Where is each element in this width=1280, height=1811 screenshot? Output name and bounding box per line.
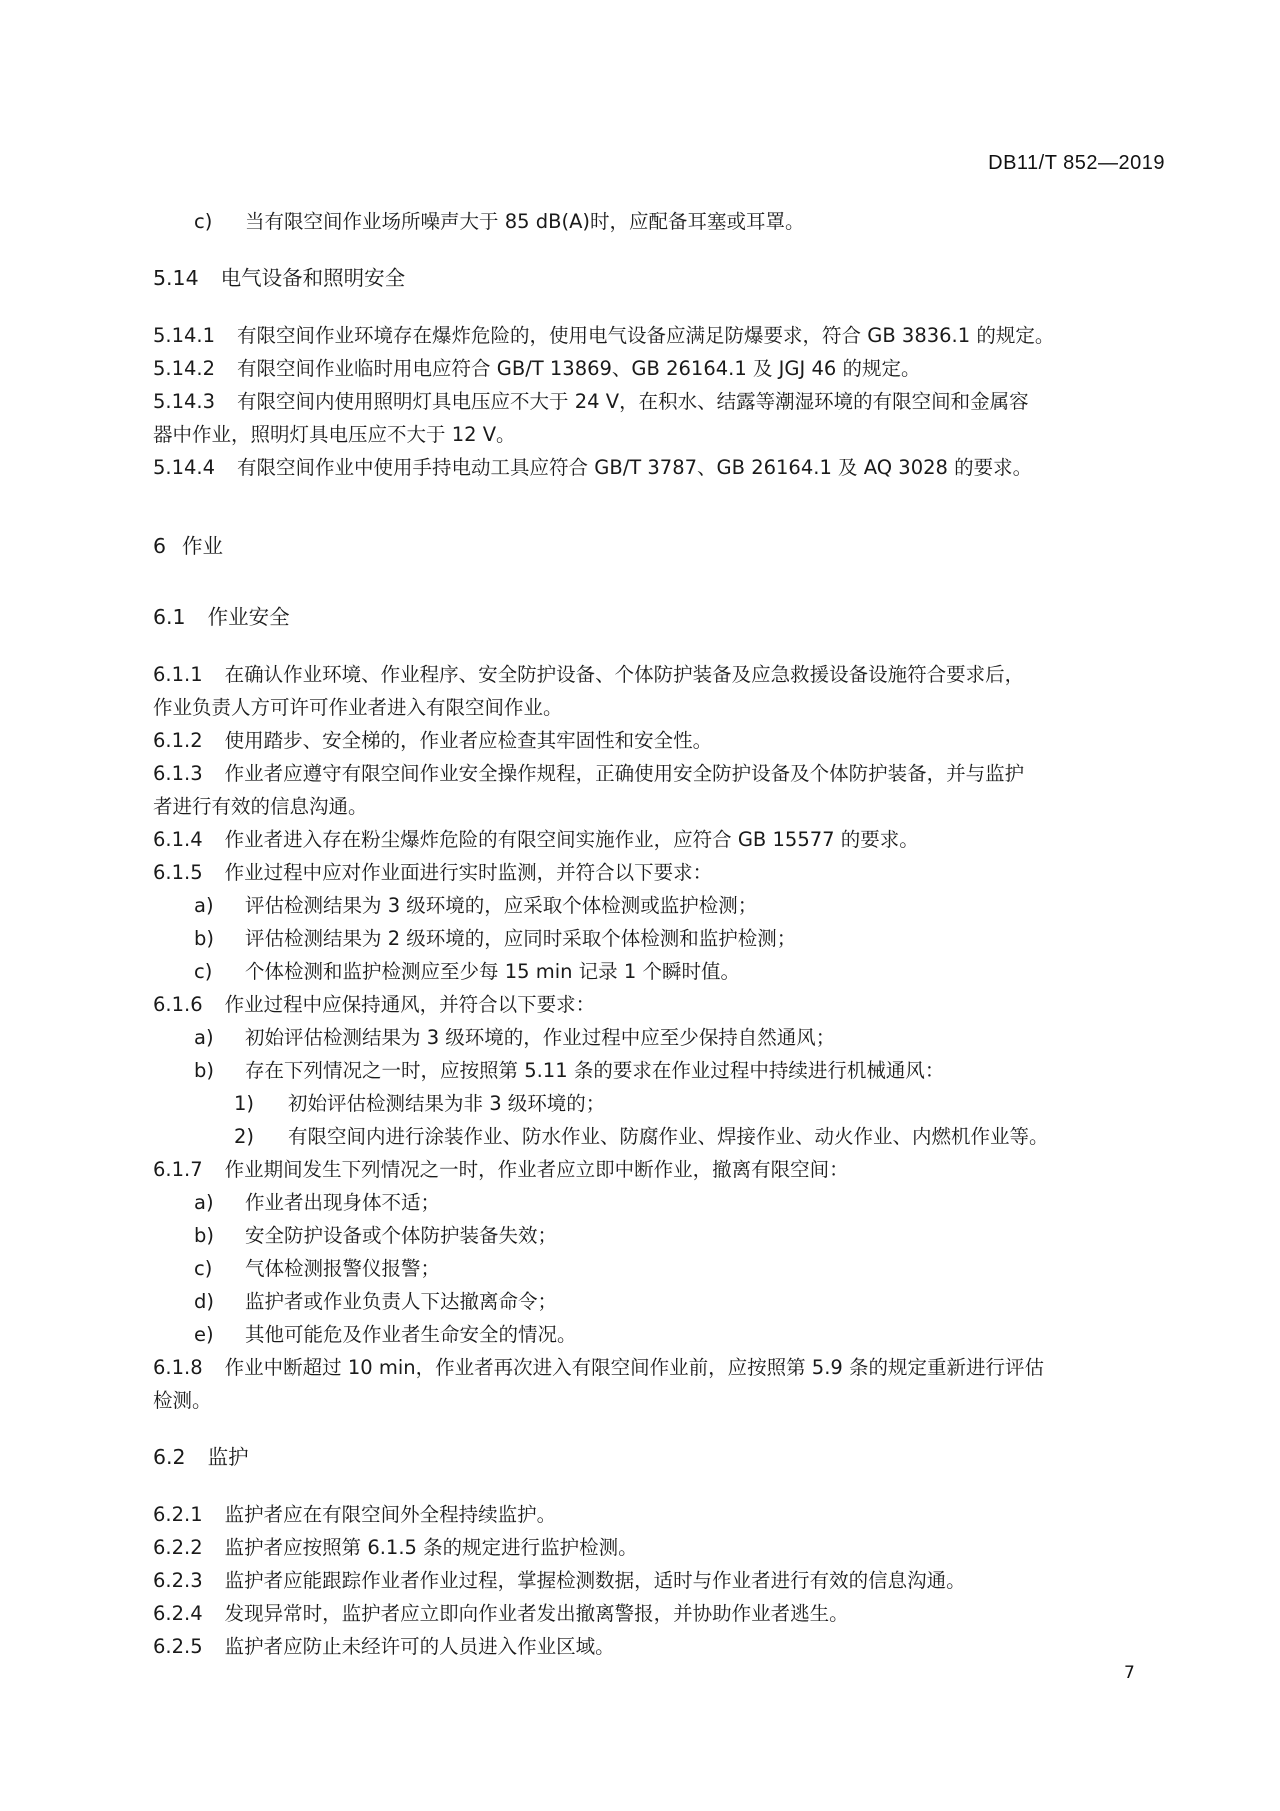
list-item: a)作业者出现身体不适；: [153, 1186, 1165, 1219]
clause-number: 6.1.1: [153, 658, 203, 691]
list-text: 气体检测报警仪报警；: [245, 1257, 440, 1280]
clause-6-2-2: 6.2.2监护者应按照第 6.1.5 条的规定进行监护检测。: [153, 1531, 1165, 1564]
list-item: b)存在下列情况之一时，应按照第 5.11 条的要求在作业过程中持续进行机械通风…: [153, 1054, 1165, 1087]
clause-5-14-1: 5.14.1有限空间作业环境存在爆炸危险的，使用电气设备应满足防爆要求，符合 G…: [153, 319, 1165, 352]
clause-number: 6.2.5: [153, 1630, 203, 1663]
clause-text: 有限空间作业环境存在爆炸危险的，使用电气设备应满足防爆要求，符合 GB 3836…: [237, 324, 1054, 347]
clause-number: 6.1.4: [153, 823, 203, 856]
list-label: a): [194, 889, 245, 922]
clause-5-14-4: 5.14.4有限空间作业中使用手持电动工具应符合 GB/T 3787、GB 26…: [153, 451, 1165, 484]
list-item: c)个体检测和监护检测应至少每 15 min 记录 1 个瞬时值。: [153, 955, 1165, 988]
page-number: 7: [1124, 1663, 1135, 1683]
clause-text: 监护者应防止未经许可的人员进入作业区域。: [225, 1635, 615, 1658]
sub-list-item: 1)初始评估检测结果为非 3 级环境的；: [153, 1087, 1165, 1120]
clause-text: 在确认作业环境、作业程序、安全防护设备、个体防护装备及应急救援设备设施符合要求后…: [225, 663, 1025, 686]
list-text: 安全防护设备或个体防护装备失效；: [245, 1224, 557, 1247]
clause-6-2-5: 6.2.5监护者应防止未经许可的人员进入作业区域。: [153, 1630, 1165, 1663]
clause-number: 6.2.1: [153, 1498, 203, 1531]
list-label: a): [194, 1021, 245, 1054]
section-title: 作业安全: [208, 605, 290, 629]
list-item: b)评估检测结果为 2 级环境的，应同时采取个体检测和监护检测；: [153, 922, 1165, 955]
list-text: 评估检测结果为 2 级环境的，应同时采取个体检测和监护检测；: [245, 927, 796, 950]
clause-6-1-5: 6.1.5作业过程中应对作业面进行实时监测，并符合以下要求：: [153, 856, 1165, 889]
clause-number: 6.1.6: [153, 988, 203, 1021]
clause-text: 作业过程中应对作业面进行实时监测，并符合以下要求：: [225, 861, 713, 884]
section-title: 监护: [208, 1445, 249, 1469]
list-label: d): [194, 1285, 245, 1318]
document-body: c)当有限空间作业场所噪声大于 85 dB(A)时，应配备耳塞或耳罩。 5.14…: [153, 205, 1165, 1663]
clause-6-1-8: 6.1.8作业中断超过 10 min，作业者再次进入有限空间作业前，应按照第 5…: [153, 1351, 1165, 1384]
list-label: 1): [234, 1087, 288, 1120]
clause-6-1-3: 6.1.3作业者应遵守有限空间作业安全操作规程，正确使用安全防护设备及个体防护装…: [153, 757, 1165, 790]
list-label: c): [194, 1252, 245, 1285]
list-item: b)安全防护设备或个体防护装备失效；: [153, 1219, 1165, 1252]
clause-text: 使用踏步、安全梯的，作业者应检查其牢固性和安全性。: [225, 729, 713, 752]
list-label: 2): [234, 1120, 288, 1153]
clause-text: 监护者应按照第 6.1.5 条的规定进行监护检测。: [225, 1536, 638, 1559]
clause-number: 6.1.8: [153, 1351, 203, 1384]
section-heading-6-1: 6.1作业安全: [153, 601, 1165, 634]
list-text: 存在下列情况之一时，应按照第 5.11 条的要求在作业过程中持续进行机械通风：: [245, 1059, 944, 1082]
list-text: 当有限空间作业场所噪声大于 85 dB(A)时，应配备耳塞或耳罩。: [245, 210, 805, 233]
clause-text: 监护者应在有限空间外全程持续监护。: [225, 1503, 557, 1526]
section-heading-6-2: 6.2监护: [153, 1441, 1165, 1474]
clause-text: 发现异常时，监护者应立即向作业者发出撤离警报，并协助作业者逃生。: [225, 1602, 849, 1625]
list-label: b): [194, 922, 245, 955]
clause-5-14-3: 5.14.3有限空间内使用照明灯具电压应不大于 24 V，在积水、结露等潮湿环境…: [153, 385, 1165, 418]
clause-6-1-2: 6.1.2使用踏步、安全梯的，作业者应检查其牢固性和安全性。: [153, 724, 1165, 757]
sub-list-item: 2)有限空间内进行涂装作业、防水作业、防腐作业、焊接作业、动火作业、内燃机作业等…: [153, 1120, 1165, 1153]
clause-text: 作业过程中应保持通风，并符合以下要求：: [225, 993, 596, 1016]
document-page: DB11/T 852—2019 c)当有限空间作业场所噪声大于 85 dB(A)…: [0, 0, 1280, 1811]
list-item: c)当有限空间作业场所噪声大于 85 dB(A)时，应配备耳塞或耳罩。: [153, 205, 1165, 238]
list-text: 监护者或作业负责人下达撤离命令；: [245, 1290, 557, 1313]
chapter-number: 6: [153, 530, 166, 563]
clause-number: 6.2.2: [153, 1531, 203, 1564]
list-text: 初始评估检测结果为非 3 级环境的；: [288, 1092, 605, 1115]
clause-number: 6.1.5: [153, 856, 203, 889]
list-text: 初始评估检测结果为 3 级环境的，作业过程中应至少保持自然通风；: [245, 1026, 835, 1049]
clause-6-2-1: 6.2.1监护者应在有限空间外全程持续监护。: [153, 1498, 1165, 1531]
clause-number: 6.1.3: [153, 757, 203, 790]
section-heading-5-14: 5.14电气设备和照明安全: [153, 262, 1165, 295]
clause-text: 有限空间作业临时用电应符合 GB/T 13869、GB 26164.1 及 JG…: [237, 357, 920, 380]
list-label: a): [194, 1186, 245, 1219]
list-text: 作业者出现身体不适；: [245, 1191, 440, 1214]
clause-number: 5.14.4: [153, 451, 215, 484]
clause-text: 作业者进入存在粉尘爆炸危险的有限空间实施作业，应符合 GB 15577 的要求。: [225, 828, 919, 851]
list-item: e)其他可能危及作业者生命安全的情况。: [153, 1318, 1165, 1351]
clause-6-1-6: 6.1.6作业过程中应保持通风，并符合以下要求：: [153, 988, 1165, 1021]
list-item: d)监护者或作业负责人下达撤离命令；: [153, 1285, 1165, 1318]
list-label: c): [194, 955, 245, 988]
list-text: 个体检测和监护检测应至少每 15 min 记录 1 个瞬时值。: [245, 960, 740, 983]
clause-6-1-8-cont: 检测。: [153, 1384, 1165, 1417]
clause-6-1-4: 6.1.4作业者进入存在粉尘爆炸危险的有限空间实施作业，应符合 GB 15577…: [153, 823, 1165, 856]
list-text: 有限空间内进行涂装作业、防水作业、防腐作业、焊接作业、动火作业、内燃机作业等。: [288, 1125, 1049, 1148]
clause-number: 6.1.7: [153, 1153, 203, 1186]
standard-code: DB11/T 852—2019: [988, 152, 1165, 175]
clause-text: 作业者应遵守有限空间作业安全操作规程，正确使用安全防护设备及个体防护装备，并与监…: [225, 762, 1025, 785]
list-label: c): [194, 205, 245, 238]
section-number: 6.1: [153, 601, 186, 634]
clause-5-14-3-cont: 器中作业，照明灯具电压应不大于 12 V。: [153, 418, 1165, 451]
list-label: b): [194, 1219, 245, 1252]
clause-number: 5.14.2: [153, 352, 215, 385]
clause-6-1-7: 6.1.7作业期间发生下列情况之一时，作业者应立即中断作业，撤离有限空间：: [153, 1153, 1165, 1186]
chapter-title: 作业: [182, 534, 223, 558]
clause-number: 6.1.2: [153, 724, 203, 757]
section-number: 6.2: [153, 1441, 186, 1474]
clause-6-2-3: 6.2.3监护者应能跟踪作业者作业过程，掌握检测数据，适时与作业者进行有效的信息…: [153, 1564, 1165, 1597]
clause-text: 有限空间作业中使用手持电动工具应符合 GB/T 3787、GB 26164.1 …: [237, 456, 1032, 479]
list-item: a)初始评估检测结果为 3 级环境的，作业过程中应至少保持自然通风；: [153, 1021, 1165, 1054]
clause-6-1-1-cont: 作业负责人方可许可作业者进入有限空间作业。: [153, 691, 1165, 724]
clause-6-2-4: 6.2.4发现异常时，监护者应立即向作业者发出撤离警报，并协助作业者逃生。: [153, 1597, 1165, 1630]
list-text: 其他可能危及作业者生命安全的情况。: [245, 1323, 577, 1346]
list-label: e): [194, 1318, 245, 1351]
clause-number: 5.14.1: [153, 319, 215, 352]
list-item: a)评估检测结果为 3 级环境的，应采取个体检测或监护检测；: [153, 889, 1165, 922]
chapter-heading-6: 6作业: [153, 530, 1165, 563]
clause-6-1-3-cont: 者进行有效的信息沟通。: [153, 790, 1165, 823]
clause-text: 作业期间发生下列情况之一时，作业者应立即中断作业，撤离有限空间：: [225, 1158, 849, 1181]
clause-number: 6.2.3: [153, 1564, 203, 1597]
list-text: 评估检测结果为 3 级环境的，应采取个体检测或监护检测；: [245, 894, 757, 917]
clause-text: 作业中断超过 10 min，作业者再次进入有限空间作业前，应按照第 5.9 条的…: [225, 1356, 1044, 1379]
list-label: b): [194, 1054, 245, 1087]
clause-number: 6.2.4: [153, 1597, 203, 1630]
section-number: 5.14: [153, 262, 199, 295]
clause-text: 监护者应能跟踪作业者作业过程，掌握检测数据，适时与作业者进行有效的信息沟通。: [225, 1569, 966, 1592]
clause-6-1-1: 6.1.1在确认作业环境、作业程序、安全防护设备、个体防护装备及应急救援设备设施…: [153, 658, 1165, 691]
list-item: c)气体检测报警仪报警；: [153, 1252, 1165, 1285]
clause-5-14-2: 5.14.2有限空间作业临时用电应符合 GB/T 13869、GB 26164.…: [153, 352, 1165, 385]
section-title: 电气设备和照明安全: [221, 266, 406, 290]
clause-number: 5.14.3: [153, 385, 215, 418]
clause-text: 有限空间内使用照明灯具电压应不大于 24 V，在积水、结露等潮湿环境的有限空间和…: [237, 390, 1029, 413]
